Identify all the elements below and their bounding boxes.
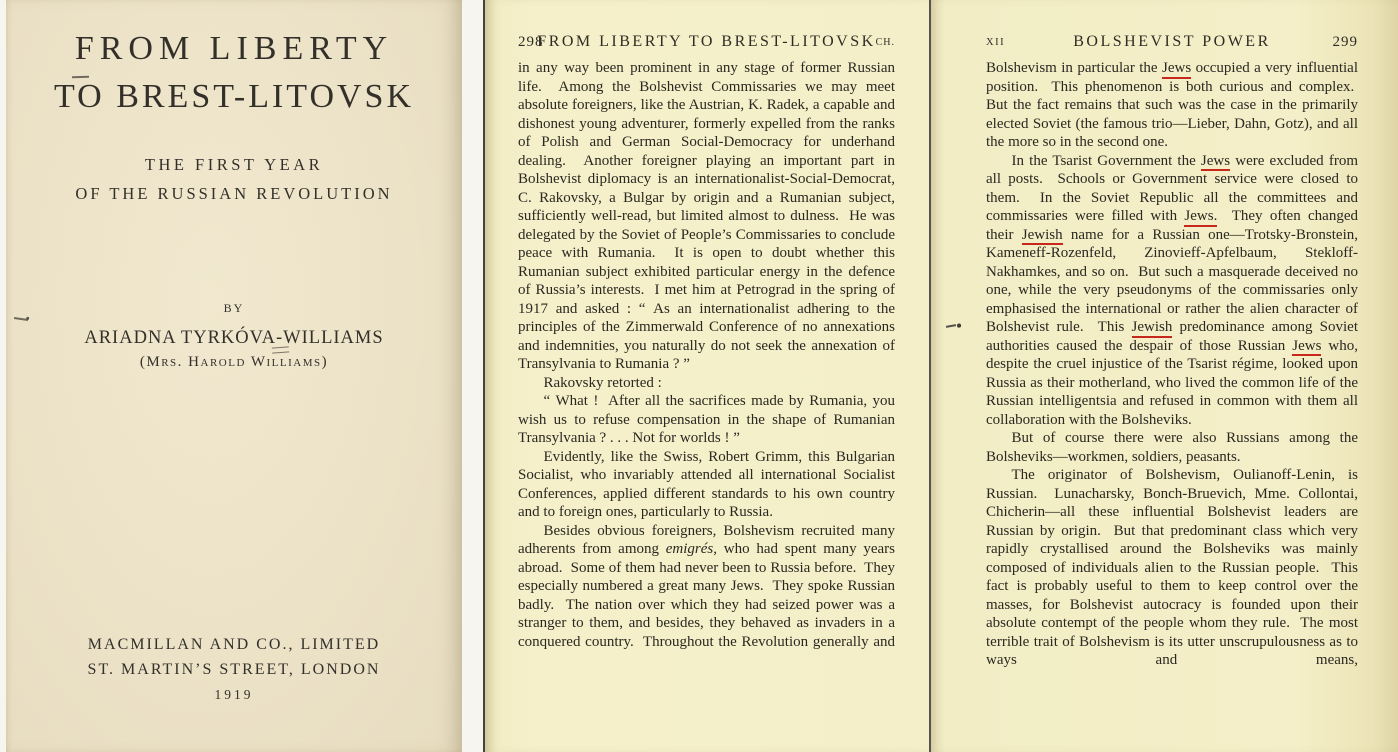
red-underlined-word: Jews xyxy=(1201,153,1230,172)
chapter-abbreviation: CH. xyxy=(876,37,895,48)
running-header: XII BOLSHEVIST POWER 299 xyxy=(986,33,1358,53)
red-underlined-word: Jewish xyxy=(1132,319,1173,338)
paragraph: The originator of Bolshevism, Oulianoff-… xyxy=(986,466,1358,670)
publisher-address: ST. MARTIN’S STREET, LONDON xyxy=(6,661,462,679)
red-underlined-word: Jews xyxy=(1162,60,1191,79)
pencil-margin-mark xyxy=(946,324,956,328)
book-title-line2: TO BREST-LITOVSK xyxy=(6,78,462,116)
text-run: in any way been prominent in any stage o… xyxy=(518,60,895,372)
red-underlined-word: Jews. xyxy=(1184,208,1217,227)
paragraph: Besides obvious foreigners, Bolshevism r… xyxy=(518,522,895,652)
text-run: In the Tsarist Government the xyxy=(1012,153,1201,169)
author-name: ARIADNA TYRKÓVA-WILLIAMS xyxy=(6,328,462,349)
pencil-margin-mark xyxy=(14,317,28,321)
red-underlined-word: Jewish xyxy=(1022,227,1063,246)
chapter-number: XII xyxy=(986,37,1005,48)
text-run: “ What ! After all the sacrifices made b… xyxy=(518,393,895,446)
by-label: BY xyxy=(6,301,462,316)
text-run: , who had spent many years abroad. Some … xyxy=(518,541,895,650)
left-text-page: 298 FROM LIBERTY TO BREST-LITOVSK CH. in… xyxy=(483,0,929,752)
text-run: Rakovsky retorted : xyxy=(544,375,662,391)
paragraph: Evidently, like the Swiss, Robert Grimm,… xyxy=(518,448,895,522)
text-run: But of course there were also Russians a… xyxy=(986,430,1358,465)
running-title: BOLSHEVIST POWER xyxy=(1073,33,1271,50)
subtitle-line1: THE FIRST YEAR xyxy=(6,155,462,175)
paragraph: in any way been prominent in any stage o… xyxy=(518,59,895,374)
paragraph: Bolshevism in particular the Jews occupi… xyxy=(986,59,1358,152)
text-run: Bolshevism in particular the xyxy=(986,60,1162,76)
publisher-name: MACMILLAN AND CO., LIMITED xyxy=(6,636,462,654)
paragraph: “ What ! After all the sacrifices made b… xyxy=(518,392,895,448)
red-underlined-word: Jews xyxy=(1292,338,1321,357)
page-number: 298 xyxy=(518,34,544,51)
paragraph: Rakovsky retorted : xyxy=(518,374,895,393)
book-title-line1: FROM LIBERTY xyxy=(6,30,462,68)
publication-year: 1919 xyxy=(6,687,462,703)
author-married-name: (Mrs. Harold Williams) xyxy=(6,354,462,371)
page-body-text: Bolshevism in particular the Jews occupi… xyxy=(986,59,1358,670)
page-body-text: in any way been prominent in any stage o… xyxy=(518,59,895,651)
running-header: 298 FROM LIBERTY TO BREST-LITOVSK CH. xyxy=(518,33,895,53)
paragraph: In the Tsarist Government the Jews were … xyxy=(986,152,1358,430)
text-run: The originator of Bolshevism, Oulianoff-… xyxy=(986,467,1358,668)
subtitle-line2: OF THE RUSSIAN REVOLUTION xyxy=(6,184,462,204)
right-text-page: XII BOLSHEVIST POWER 299 Bolshevism in p… xyxy=(929,0,1398,752)
text-run: emigrés xyxy=(666,541,714,557)
text-run: Evidently, like the Swiss, Robert Grimm,… xyxy=(518,449,895,521)
pencil-double-underline-mark xyxy=(272,346,289,353)
title-page: FROM LIBERTY TO BREST-LITOVSK THE FIRST … xyxy=(6,0,462,752)
page-number: 299 xyxy=(1333,34,1359,51)
paragraph: But of course there were also Russians a… xyxy=(986,429,1358,466)
running-title: FROM LIBERTY TO BREST-LITOVSK xyxy=(537,33,875,50)
